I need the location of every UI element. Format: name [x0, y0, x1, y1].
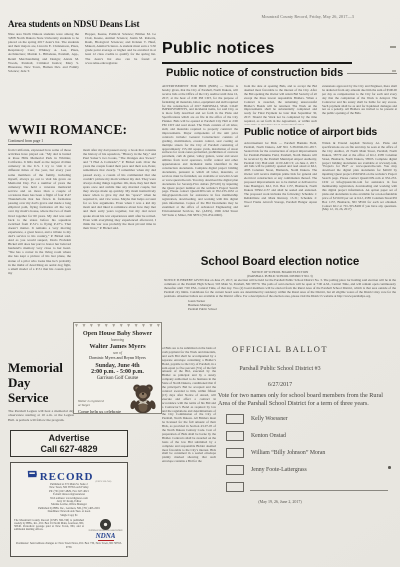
ad-honoree-name: Walter James Myers — [74, 343, 161, 350]
school-board-headline: School Board election notice — [162, 256, 398, 268]
advertise-line1: Advertise — [11, 433, 127, 444]
masthead-paragraph: The Mountrail County Record (USPS 366-74… — [14, 519, 84, 541]
advertise-line2: Call 627-4829 — [11, 444, 127, 455]
masthead-box: RECORD (USPS 366-740) Published at 372 M… — [10, 462, 128, 557]
baby-shower-ad: ▼▼▼▼▼▼▼▼▼▼▼▼ Open House Baby Shower hono… — [73, 322, 162, 414]
masthead-postmaster: Postmaster: Send address changes to: New… — [14, 542, 124, 549]
ad-honoring-label: honoring — [74, 338, 161, 342]
public-notices-rule — [162, 62, 352, 64]
candidate-checkbox[interactable] — [226, 431, 244, 441]
wwii-column-2: mom after my dad passed away, a book tha… — [83, 148, 156, 323]
ndna-accent-bar — [98, 540, 114, 541]
construction-column-1: ADVERTISEMENT FOR BIDS (BIDS) — Notice i… — [162, 85, 238, 257]
advertise-box: Advertise Call 627-4829 — [10, 430, 128, 457]
write-in-line[interactable] — [250, 482, 388, 491]
candidate-row: Kelly Woessner — [226, 414, 398, 424]
signature-org: Parshall Public School — [188, 308, 396, 312]
deans-list-column-1: Nine area North Dakota students were amo… — [8, 32, 79, 118]
headline-rule — [347, 73, 397, 74]
public-notices-header: Public notices — [162, 40, 275, 58]
candidate-checkbox[interactable] — [226, 414, 244, 424]
construction-column-2: from the date of opening Bids, and to ac… — [244, 85, 317, 125]
ballot-date: 6/27/2017 — [162, 382, 398, 388]
memorial-service-article: MemorialDay Service The Parshall Legion … — [8, 360, 74, 422]
ad-son-of-label: son of — [74, 351, 161, 355]
construction-column-3: extensions approved by the City and Engi… — [322, 85, 397, 125]
candidate-name: Kelly Woessner — [251, 416, 288, 422]
teddy-bear-icon — [128, 382, 158, 414]
deans-list-article: Area students on NDSU Deans List Nine ar… — [8, 19, 156, 118]
candidate-row: William “Billy Johnson” Moran — [226, 448, 398, 458]
write-in-row — [226, 482, 398, 492]
ballot-title: OFFICIAL BALLOT — [162, 344, 398, 354]
ballot-run-dates: (May 19, 26, June 2, 2017) — [162, 499, 398, 504]
nd-state-icon — [27, 465, 38, 483]
candidate-list: Kelly Woessner Kenton Onstad William “Bi… — [226, 414, 398, 492]
airport-column-1: Advertisement for Bids — Parshall Hankin… — [244, 142, 317, 256]
deans-list-headline: Area students on NDSU Deans List — [8, 19, 156, 29]
candidate-checkbox[interactable] — [226, 448, 244, 458]
ad-closing: Come help us celebrate — [78, 409, 121, 414]
ad-parents: Dominic Myers and Brynn Myers — [74, 355, 161, 360]
candidate-name: William “Billy Johnson” Moran — [251, 450, 325, 456]
construction-bids-headline: Public notice of construction bids — [166, 67, 343, 79]
memorial-body: The Parshall Legion will host a memorial… — [8, 409, 74, 422]
ballot-instructions: Vote for two names only for school board… — [218, 392, 394, 408]
ad-time: 2:00 p.m. - 5:00 p.m. — [74, 369, 161, 375]
ad-registry-line2: at Target — [78, 403, 121, 407]
continued-from-line: Continued from page 1 — [8, 139, 72, 145]
construction-bids-section: Public notice of construction bids — [166, 67, 397, 79]
official-ballot: OFFICIAL BALLOT Parshall Public School D… — [162, 344, 398, 504]
wwii-column-1: from California, expressed how some of t… — [8, 148, 71, 358]
masthead-title: RECORD — [40, 472, 94, 483]
ad-title: Open House Baby Shower — [74, 330, 161, 337]
ndna-logo: NDNA — [87, 533, 124, 540]
school-notice-body: NOTICE IS HEREBY GIVEN that on June 27, … — [164, 279, 396, 299]
deans-list-column-2: Hopper, Keene, Political Science; Emilee… — [85, 32, 156, 118]
airport-bids-headline: Public notice of airport bids — [244, 126, 377, 138]
bunting-decoration: ▼▼▼▼▼▼▼▼▼▼▼▼ — [74, 324, 161, 329]
airport-column-2: Widen & Extend Asphalt Taxiway A1. Plans… — [322, 142, 397, 256]
ballot-district: Parshall Public School District #3 — [162, 366, 398, 372]
running-head: Mountrail County Record, Friday, May 26,… — [252, 14, 354, 19]
candidate-row: Kenton Onstad — [226, 431, 398, 441]
school-notice-heading-2: (PARSHALL PUBLIC SCHOOL DISTRICT NO. 3) — [164, 275, 396, 279]
ad-date: Sunday, June 4th — [74, 363, 161, 369]
candidate-checkbox[interactable] — [226, 482, 244, 492]
candidate-row: Jenny Foote-Lattergrass — [226, 465, 398, 475]
masthead-usps: (USPS 366-740) — [95, 480, 111, 483]
masthead-line: Single Copy $1 — [14, 514, 124, 517]
wwii-romance-headline: WWII ROMANCE: — [8, 122, 156, 138]
school-notice-signature: Joann Tucker Business Manager Parshall P… — [188, 300, 396, 312]
nna-seal-icon — [100, 519, 111, 530]
candidate-checkbox[interactable] — [226, 465, 244, 475]
school-board-notice: NOTICE OF SCHOOL BOARD ELECTION (PARSHAL… — [164, 271, 396, 312]
memorial-headline: MemorialDay Service — [8, 360, 74, 405]
registration-mark — [390, 46, 396, 48]
candidate-name: Jenny Foote-Lattergrass — [251, 467, 307, 473]
candidate-name: Kenton Onstad — [251, 433, 286, 439]
